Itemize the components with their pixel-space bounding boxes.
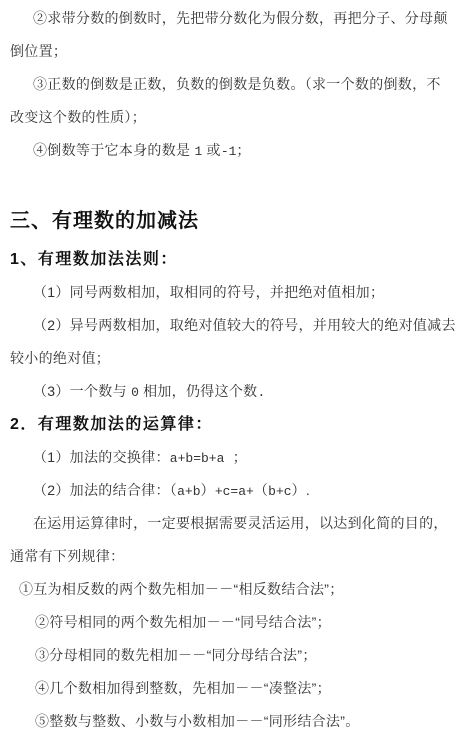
text-run: 或 bbox=[202, 142, 221, 158]
section-title: 三、有理数的加减法 bbox=[10, 199, 456, 243]
document-body: ②求带分数的倒数时，先把带分数化为假分数，再把分子、分母颠倒位置；③正数的倒数是… bbox=[0, 0, 462, 732]
text-line: 较小的绝对值； bbox=[10, 342, 456, 375]
formula-text: a+b=b+a bbox=[170, 451, 225, 466]
text-run: （ bbox=[254, 482, 268, 498]
formula-text: b+c bbox=[268, 484, 291, 499]
formula-text: a+b bbox=[177, 484, 200, 499]
text-run: ） bbox=[201, 482, 215, 498]
subsection-title: 2．有理数加法的运算律： bbox=[10, 408, 456, 441]
text-run: ④倒数等于它本身的数是 bbox=[33, 142, 195, 158]
text-run: ； bbox=[224, 449, 247, 465]
text-line: （1）加法的交换律：a+b=b+a ； bbox=[10, 441, 456, 474]
text-line: ②符号相同的两个数先相加－－“同号结合法”； bbox=[10, 606, 456, 639]
text-line: 倒位置； bbox=[10, 35, 456, 68]
formula-text: -1 bbox=[221, 144, 237, 159]
text-run: ； bbox=[236, 142, 250, 158]
text-line: ②求带分数的倒数时，先把带分数化为假分数，再把分子、分母颠 bbox=[10, 2, 456, 35]
text-line: （3）一个数与 0 相加，仍得这个数. bbox=[10, 375, 456, 408]
formula-text: . bbox=[257, 385, 265, 400]
section-gap bbox=[10, 167, 456, 199]
subsection-title: 1、有理数加法法则： bbox=[10, 243, 456, 276]
text-run: 相加，仍得这个数 bbox=[139, 383, 258, 399]
text-run: （1）加法的交换律： bbox=[33, 449, 170, 465]
text-line: （1）同号两数相加，取相同的符号，并把绝对值相加； bbox=[10, 276, 456, 309]
text-line: （2）异号两数相加，取绝对值较大的符号，并用较大的绝对值减去 bbox=[10, 309, 456, 342]
text-run: （2）加法的结合律：（ bbox=[33, 482, 177, 498]
text-line: ③正数的倒数是正数，负数的倒数是负数。（求一个数的倒数，不 bbox=[10, 68, 456, 101]
text-line: 在运用运算律时，一定要根据需要灵活运用，以达到化简的目的， bbox=[10, 507, 456, 540]
text-line: （2）加法的结合律：（a+b）+c=a+（b+c）. bbox=[10, 474, 456, 507]
formula-text: 0 bbox=[131, 385, 139, 400]
formula-text: +c=a+ bbox=[215, 484, 254, 499]
text-line: 改变这个数的性质）； bbox=[10, 101, 456, 134]
text-line: ④倒数等于它本身的数是 1 或-1； bbox=[10, 134, 456, 167]
text-line: 通常有下列规律： bbox=[10, 540, 456, 573]
text-line: ④几个数相加得到整数，先相加－－“凑整法”； bbox=[10, 672, 456, 705]
text-line: ①互为相反数的两个数先相加－－“相反数结合法”； bbox=[10, 573, 456, 606]
text-line: ③分母相同的数先相加－－“同分母结合法”； bbox=[10, 639, 456, 672]
text-line: ⑤整数与整数、小数与小数相加－－“同形结合法”。 bbox=[10, 705, 456, 732]
text-run: ）. bbox=[292, 482, 311, 498]
text-run: （3）一个数与 bbox=[33, 383, 131, 399]
